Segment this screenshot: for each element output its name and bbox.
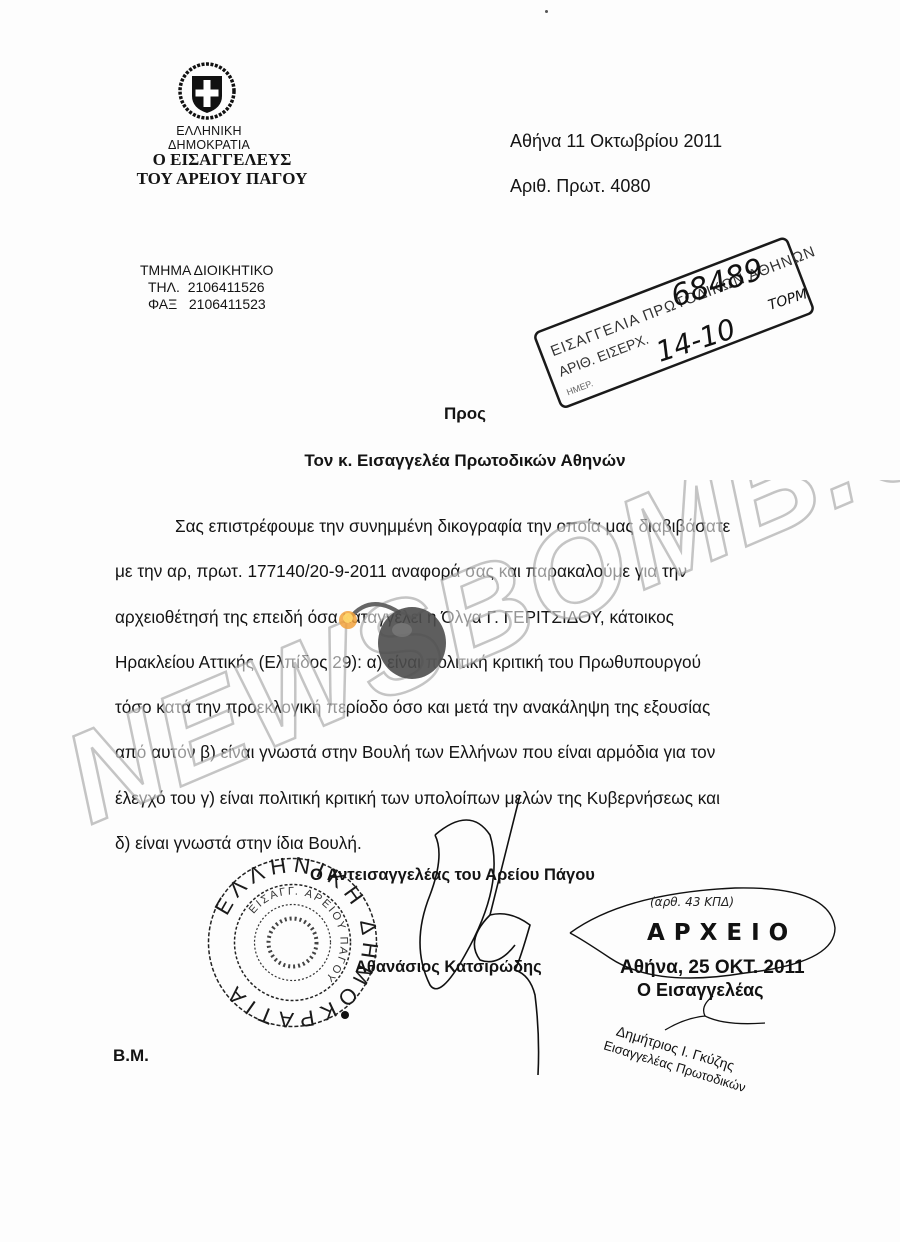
body-line: τόσο κατά την προεκλογική περίοδο όσο κα… xyxy=(115,685,835,730)
stamp-handwritten-date: 14-10 xyxy=(652,312,740,369)
phone-number: 2106411526 xyxy=(188,279,265,295)
office-line-1: Ο ΕΙΣΑΓΓΕΛΕΥΣ xyxy=(124,150,320,169)
archive-label: ΑΡΧΕΙΟ xyxy=(647,920,797,946)
stamp-handwritten-note: ΤΟΡΜ xyxy=(766,286,809,314)
archive-role: Ο Εισαγγελέας xyxy=(637,980,764,1000)
body-line: από αυτόν β) είναι γνωστά στην Βουλή των… xyxy=(115,730,835,775)
svg-text:ΕΙΣΑΓΓ. ΑΡΕΙΟΥ ΠΑΓΟΥ: ΕΙΣΑΓΓ. ΑΡΕΙΟΥ ΠΑΓΟΥ xyxy=(247,885,350,985)
stamp-line-3: ΗΜΕΡ. xyxy=(565,378,594,397)
body-line: Σας επιστρέφουμε την συνημμένη δικογραφί… xyxy=(115,504,835,549)
addressee-prefix: Προς xyxy=(0,404,900,424)
fax-row: ΦΑΞ 2106411523 xyxy=(140,296,273,313)
greek-coat-of-arms-icon xyxy=(178,62,236,120)
phone-row: ΤΗΛ. 2106411526 xyxy=(140,279,273,296)
phone-label: ΤΗΛ. xyxy=(148,279,180,295)
document-date: Αθήνα 11 Οκτωβρίου 2011 xyxy=(510,131,722,152)
archive-handwritten-note: (αρθ. 43 ΚΠΔ) xyxy=(650,895,734,909)
stamp-handwritten-number: 68489 xyxy=(667,252,769,315)
archive-stamp: (αρθ. 43 ΚΠΔ) ΑΡΧΕΙΟ Αθήνα, 25 ΟΚΤ. 2011… xyxy=(565,878,840,1098)
republic-label: ΕΛΛΗΝΙΚΗ ΔΗΜΟΚΡΑΤΙΑ xyxy=(134,124,284,152)
archive-date: Αθήνα, 25 ΟΚΤ. 2011 xyxy=(620,957,805,978)
speck xyxy=(545,10,548,13)
received-stamp: ΕΙΣΑΓΓΕΛΙΑ ΠΡΩΤΟΔΙΚΩΝ ΑΘΗΝΩΝ ΑΡΙΘ. ΕΙΣΕΡ… xyxy=(525,222,825,412)
typist-initials: Β.Μ. xyxy=(113,1046,149,1066)
department-contact: ΤΜΗΜΑ ΔΙΟΙΚΗΤΙΚΟ ΤΗΛ. 2106411526 ΦΑΞ 210… xyxy=(140,262,273,313)
signer-title: Ο Αντεισαγγελέας του Αρείου Πάγου xyxy=(310,866,595,885)
seal-inner-text: ΕΙΣΑΓΓ. ΑΡΕΙΟΥ ΠΑΓΟΥ xyxy=(247,885,350,985)
body-line: Ηρακλείου Αττικής (Ελπίδος 29): α) είναι… xyxy=(115,640,835,685)
body-line: έλεγχό του γ) είναι πολιτική κριτική των… xyxy=(115,776,835,821)
body-line: με την αρ, πρωτ. 177140/20-9-2011 αναφορ… xyxy=(115,549,835,594)
protocol-number: Αριθ. Πρωτ. 4080 xyxy=(510,176,650,197)
addressee: Τον κ. Εισαγγελέα Πρωτοδικών Αθηνών xyxy=(0,451,900,471)
letter-body: Σας επιστρέφουμε την συνημμένη δικογραφί… xyxy=(115,504,835,866)
office-line-2: ΤΟΥ ΑΡΕΙΟΥ ΠΑΓΟΥ xyxy=(124,169,320,188)
issuing-office: Ο ΕΙΣΑΓΓΕΛΕΥΣ ΤΟΥ ΑΡΕΙΟΥ ΠΑΓΟΥ xyxy=(124,150,320,188)
department-name: ΤΜΗΜΑ ΔΙΟΙΚΗΤΙΚΟ xyxy=(140,262,273,279)
fax-number: 2106411523 xyxy=(189,296,266,312)
signer-name: Αθανάσιος Κατσιρώδης xyxy=(355,958,542,977)
body-line: αρχειοθέτησή της επειδή όσα καταγγέλει η… xyxy=(115,595,835,640)
fax-label: ΦΑΞ xyxy=(148,296,177,312)
